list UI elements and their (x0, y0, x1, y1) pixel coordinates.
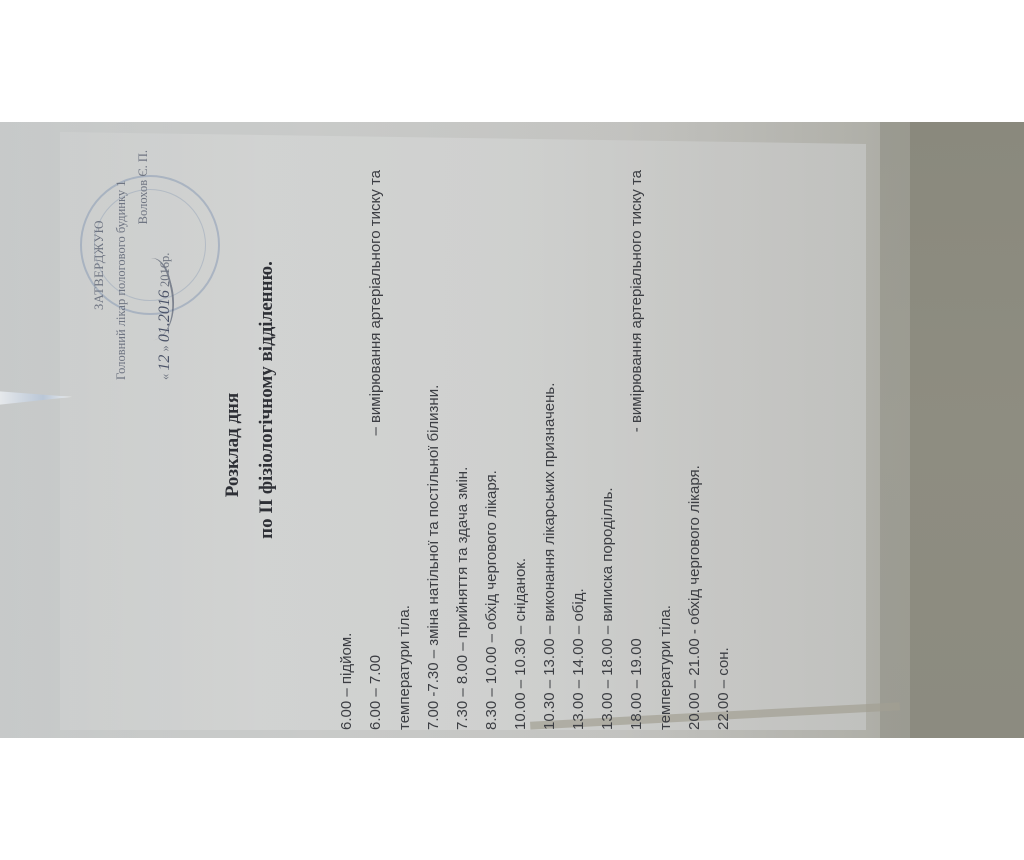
schedule-item: 18.00 – 19.00 - вимірювання артеріальног… (622, 170, 651, 730)
document-subtitle: по II фізіологічному відділенню. (250, 150, 284, 740)
schedule-time: 6.00 (338, 701, 355, 730)
schedule-activity: – підйом. (338, 633, 355, 697)
schedule-item: 20.00 – 21.00 - обхід чергового лікаря. (680, 170, 709, 730)
schedule-item: 13.00 – 14.00 – обід. (564, 170, 593, 730)
schedule-activity: - вимірювання артеріального тиску та (622, 170, 651, 432)
schedule-activity: – сон. (715, 647, 732, 688)
schedule-item: 10.30 – 13.00 – виконання лікарських при… (535, 170, 564, 730)
schedule-activity: – обхід чергового лікаря. (483, 470, 500, 642)
schedule-document: ЗАТВЕРДЖУЮ Головний лікар пологового буд… (80, 150, 800, 740)
schedule-activity: – вимірювання артеріального тиску та (361, 170, 390, 436)
schedule-activity: – виписка породілль. (599, 487, 616, 634)
date-month: 01.2016 (156, 290, 173, 342)
schedule-time: 6.00 – 7.00 (361, 655, 390, 730)
schedule-item-continuation: температури тіла. (651, 170, 680, 730)
schedule-item: 6.00 – 7.00 – вимірювання артеріального … (361, 170, 390, 730)
schedule-activity: - обхід чергового лікаря. (686, 465, 703, 634)
approval-date: « 12 » 01.2016 2016р. (154, 150, 176, 380)
schedule-time: 7.30 – 8.00 (454, 655, 471, 730)
schedule-item: 13.00 – 18.00 – виписка породілль. (593, 170, 622, 730)
schedule-item: 6.00 – підйом. (332, 170, 361, 730)
document-title: Розклад дня (216, 150, 250, 740)
schedule-time: 13.00 – 18.00 (599, 638, 616, 730)
approval-position: Головний лікар пологового будинку 1 (110, 150, 132, 380)
schedule-item: 7.30 – 8.00 – прийняття та здача змін. (448, 170, 477, 730)
schedule-time: 18.00 – 19.00 (622, 638, 651, 730)
schedule-item: 8.30 – 10.00 – обхід чергового лікаря. (477, 170, 506, 730)
schedule-time: 13.00 – 14.00 (570, 638, 587, 730)
schedule-time: 8.30 – 10.00 (483, 647, 500, 730)
schedule-activity: – обід. (570, 588, 587, 634)
date-quote-open: « (158, 374, 172, 380)
schedule-item: 7.00 -7.30 – зміна натільної та постільн… (419, 170, 448, 730)
schedule-time: 22.00 (715, 692, 732, 730)
approval-block: ЗАТВЕРДЖУЮ Головний лікар пологового буд… (88, 150, 176, 380)
schedule-time: 10.30 – 13.00 (541, 638, 558, 730)
schedule-time: 20.00 – 21.00 (686, 638, 703, 730)
date-quote-close: » (158, 345, 172, 351)
approval-name: Волохов Є. П. (132, 150, 154, 380)
schedule-activity: – виконання лікарських призначень. (541, 383, 558, 634)
schedule-item: 10.00 – 10.30 – сніданок. (506, 170, 535, 730)
schedule-activity: – прийняття та здача змін. (454, 467, 471, 651)
schedule-item-continuation: температури тіла. (390, 170, 419, 730)
schedule-activity: – зміна натільної та постільної білизни. (425, 385, 442, 659)
schedule-item: 22.00 – сон. (709, 170, 738, 730)
document-heading: Розклад дня по II фізіологічному відділе… (216, 150, 284, 740)
approval-title: ЗАТВЕРДЖУЮ (88, 150, 110, 380)
date-day: 12 (156, 355, 173, 371)
date-year: 2016р. (158, 253, 172, 287)
schedule-activity: – сніданок. (512, 558, 529, 634)
schedule-time: 7.00 -7.30 (425, 662, 442, 730)
schedule-time: 10.00 – 10.30 (512, 638, 529, 730)
schedule-list: 6.00 – підйом.6.00 – 7.00 – вимірювання … (332, 170, 738, 730)
